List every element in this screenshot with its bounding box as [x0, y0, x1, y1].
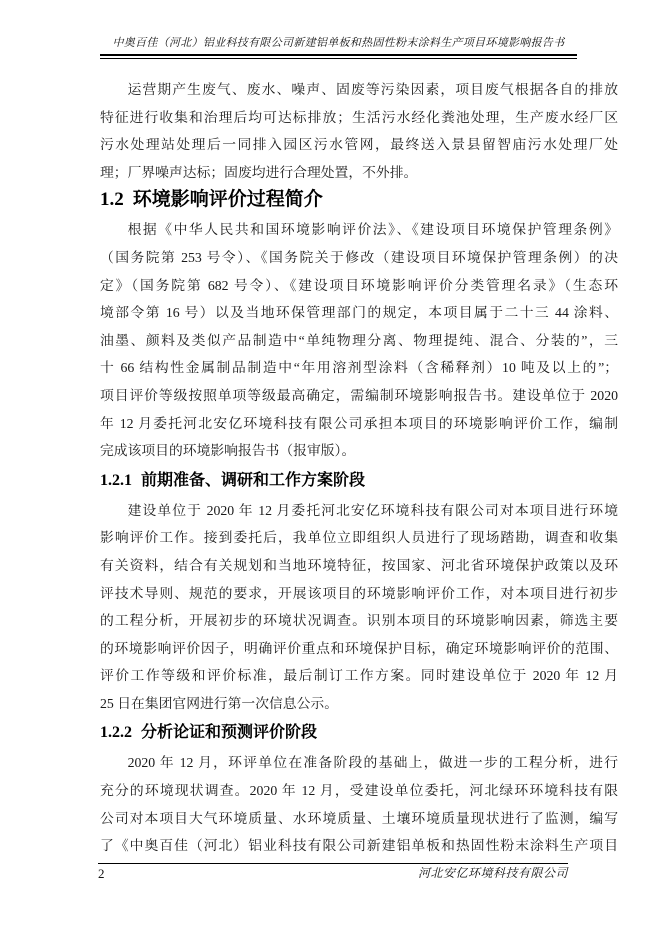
text-line: 充分的环境现状调查。2020 年 12 月，受建设单位委托，河北绿环环境科技有限 — [100, 777, 618, 805]
text-line: 了《中奥百佳（河北）铝业科技有限公司新建铝单板和热固性粉末涂料生产项目 — [100, 832, 618, 860]
heading-number: 1.2.1 — [100, 472, 132, 489]
text-line: 项目评价等级按照单项等级最高确定，需编制环境影响报告书。建设单位于 2020 — [100, 382, 618, 410]
heading-number: 1.2 — [100, 189, 124, 210]
heading-title: 前期准备、调研和工作方案阶段 — [141, 472, 365, 489]
section-1-2: 1.2环境影响评价过程简介 — [100, 188, 618, 212]
text-line: （国务院第 253 号令）、《国务院关于修改（建设项目环境保护管理条例）的决 — [100, 244, 618, 272]
footer-company: 河北安亿环境科技有限公司 — [418, 865, 568, 882]
para-analysis-prediction-stage: 2020 年 12 月，环评单位在准备阶段的基础上，做进一步的工程分析，进行充分… — [100, 749, 618, 859]
section-1-2-2: 1.2.2分析论证和预测评价阶段 — [100, 722, 618, 743]
footer-row: 2 河北安亿环境科技有限公司 — [98, 864, 568, 882]
heading-number: 1.2.2 — [100, 724, 132, 741]
text-line: 理；厂界噪声达标；固废均进行合理处置，不外排。 — [100, 159, 618, 187]
page-number: 2 — [98, 865, 105, 882]
text-line: 完成该项目的环境影响报告书（报审版）。 — [100, 437, 618, 465]
header-rule — [100, 54, 577, 59]
para-preparation-stage: 建设单位于 2020 年 12 月委托河北安亿环境科技有限公司对本项目进行环境影… — [100, 497, 618, 718]
text-line: 运营期产生废气、废水、噪声、固废等污染因素，项目废气根据各自的排放 — [100, 76, 618, 104]
text-line: 25 日在集团官网进行第一次信息公示。 — [100, 690, 618, 718]
text-line: 根据《中华人民共和国环境影响评价法》、《建设项目环境保护管理条例》 — [100, 216, 618, 244]
para-eia-legal-basis: 根据《中华人民共和国环境影响评价法》、《建设项目环境保护管理条例》（国务院第 2… — [100, 216, 618, 464]
page-footer: 2 河北安亿环境科技有限公司 — [98, 863, 568, 882]
text-line: 影响评价工作。接到委托后，我单位立即组织人员进行了现场踏勘，调查和收集 — [100, 524, 618, 552]
text-line: 2020 年 12 月，环评单位在准备阶段的基础上，做进一步的工程分析，进行 — [100, 749, 618, 777]
text-line: 特征进行收集和治理后均可达标排放；生活污水经化粪池处理，生产废水经厂区 — [100, 104, 618, 132]
text-line: 的环境影响评价因子，明确评价重点和环境保护目标，确定环境影响评价的范围、 — [100, 635, 618, 663]
text-line: 建设单位于 2020 年 12 月委托河北安亿环境科技有限公司对本项目进行环境 — [100, 497, 618, 525]
header-title: 中奥百佳（河北）铝业科技有限公司新建铝单板和热固性粉末涂料生产项目环境影响报告书 — [100, 35, 577, 51]
text-line: 污水处理站处理后一同排入园区污水管网，最终送入景县留智庙污水处理厂处 — [100, 131, 618, 159]
text-line: 评技术导则、规范的要求，开展该项目的环境影响评价工作，对本项目进行初步 — [100, 580, 618, 608]
text-line: 公司对本项目大气环境质量、水环境质量、土壤环境质量现状进行了监测，编写 — [100, 805, 618, 833]
section-1-2-1: 1.2.1前期准备、调研和工作方案阶段 — [100, 470, 618, 491]
text-line: 评价工作等级和评价标准，最后制订工作方案。同时建设单位于 2020 年 12 月 — [100, 662, 618, 690]
document-page: 中奥百佳（河北）铝业科技有限公司新建铝单板和热固性粉末涂料生产项目环境影响报告书… — [0, 0, 669, 931]
text-line: 十 66 结构性金属制品制造中“年用溶剂型涂料（含稀释剂）10 吨及以上的”； — [100, 354, 618, 382]
text-line: 定》（国务院第 682 号令）、《建设项目环境影响评价分类管理名录》（生态环 — [100, 272, 618, 300]
text-line: 的工程分析，开展初步的环境状况调查。识别本项目的环境影响因素，筛选主要 — [100, 607, 618, 635]
text-line: 油墨、颜料及类似产品制造中“单纯物理分离、物理提纯、混合、分装的”，三 — [100, 327, 618, 355]
heading-title: 分析论证和预测评价阶段 — [141, 724, 317, 741]
text-line: 年 12 月委托河北安亿环境科技有限公司承担本项目的环境影响评价工作，编制 — [100, 410, 618, 438]
text-line: 有关资料，结合有关规划和当地环境特征，按国家、河北省环境保护政策以及环 — [100, 552, 618, 580]
para-operation-pollution-control: 运营期产生废气、废水、噪声、固废等污染因素，项目废气根据各自的排放特征进行收集和… — [100, 76, 618, 186]
text-line: 境部令第 16 号）以及当地环保管理部门的规定，本项目属于二十三 44 涂料、 — [100, 299, 618, 327]
heading-title: 环境影响评价过程简介 — [133, 189, 323, 210]
document-body: 运营期产生废气、废水、噪声、固废等污染因素，项目废气根据各自的排放特征进行收集和… — [100, 76, 618, 860]
